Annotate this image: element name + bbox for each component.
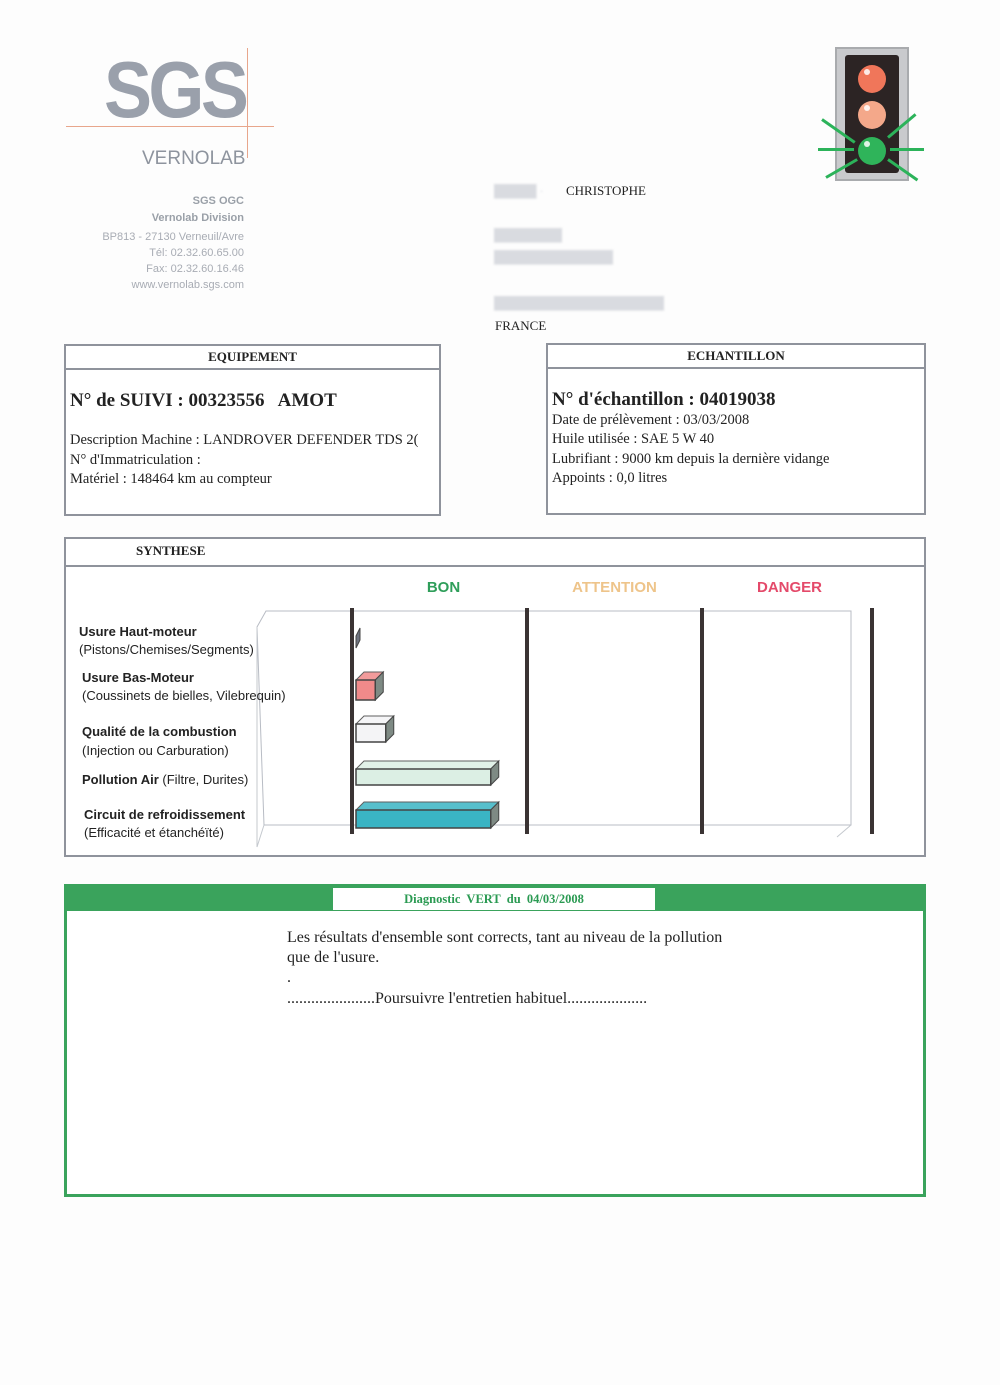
lubricant-km: Lubrifiant : 9000 km depuis la dernière … xyxy=(552,451,829,468)
equipement-heading: EQUIPEMENT xyxy=(66,346,439,370)
recipient-name: CHRISTOPHE xyxy=(566,183,646,199)
address-postal: BP813 - 27130 Verneuil/Avre xyxy=(102,231,244,243)
traffic-light-icon xyxy=(835,47,909,181)
orange-lamp xyxy=(858,101,886,129)
recipient-address-redacted: ████████████████████ xyxy=(494,296,664,311)
recipient-address-redacted: ██████████████ xyxy=(494,250,613,265)
logo-divider-horizontal xyxy=(66,126,274,127)
diagnostic-title: Diagnostic VERT du 04/03/2008 xyxy=(333,888,655,910)
immatriculation: N° d'Immatriculation : xyxy=(70,452,201,469)
machine-description: Description Machine : LANDROVER DEFENDER… xyxy=(70,432,437,449)
diagnostic-text-line3: . xyxy=(287,969,291,987)
recipient-address-redacted: ████████ xyxy=(494,228,562,243)
sample-date: Date de prélèvement : 03/03/2008 xyxy=(552,412,749,429)
logo-divider-vertical xyxy=(247,48,248,158)
diagnostic-panel: Diagnostic VERT du 04/03/2008 Les résult… xyxy=(64,884,926,1197)
top-ups: Appoints : 0,0 litres xyxy=(552,470,667,487)
address-division: Vernolab Division xyxy=(152,212,244,224)
recipient-country: FRANCE xyxy=(495,318,546,334)
sgs-logo: SGS xyxy=(104,50,245,130)
lab-name: VERNOLAB xyxy=(142,148,245,170)
diagnostic-text-line2: que de l'usure. xyxy=(287,949,379,967)
address-fax: Fax: 02.32.60.16.46 xyxy=(146,263,244,275)
suivi-number: N° de SUIVI : 00323556 AMOT xyxy=(70,390,337,412)
green-lamp-lit xyxy=(858,137,886,165)
diagnostic-header-bar: Diagnostic VERT du 04/03/2008 xyxy=(67,887,923,911)
equipement-panel: EQUIPEMENT N° de SUIVI : 00323556 AMOT D… xyxy=(64,344,441,516)
synthese-panel: SYNTHESE xyxy=(64,537,926,857)
oil-used: Huile utilisée : SAE 5 W 40 xyxy=(552,431,714,448)
echantillon-heading: ECHANTILLON xyxy=(548,345,924,369)
address-company: SGS OGC xyxy=(193,195,244,207)
red-lamp xyxy=(858,65,886,93)
diagnostic-recommendation: ......................Poursuivre l'entre… xyxy=(287,990,647,1008)
diagnostic-text-line1: Les résultats d'ensemble sont corrects, … xyxy=(287,929,722,947)
recipient-redacted: █████ · xyxy=(494,184,544,199)
address-phone: Tél: 02.32.60.65.00 xyxy=(149,247,244,259)
materiel-km: Matériel : 148464 km au compteur xyxy=(70,471,272,488)
glow-ray xyxy=(890,148,924,151)
glow-ray xyxy=(818,148,854,151)
address-website[interactable]: www.vernolab.sgs.com xyxy=(132,279,245,291)
sample-number: N° d'échantillon : 04019038 xyxy=(552,389,775,411)
synthese-heading: SYNTHESE xyxy=(136,543,205,559)
echantillon-panel: ECHANTILLON N° d'échantillon : 04019038 … xyxy=(546,343,926,515)
synthese-header: SYNTHESE xyxy=(66,539,924,567)
